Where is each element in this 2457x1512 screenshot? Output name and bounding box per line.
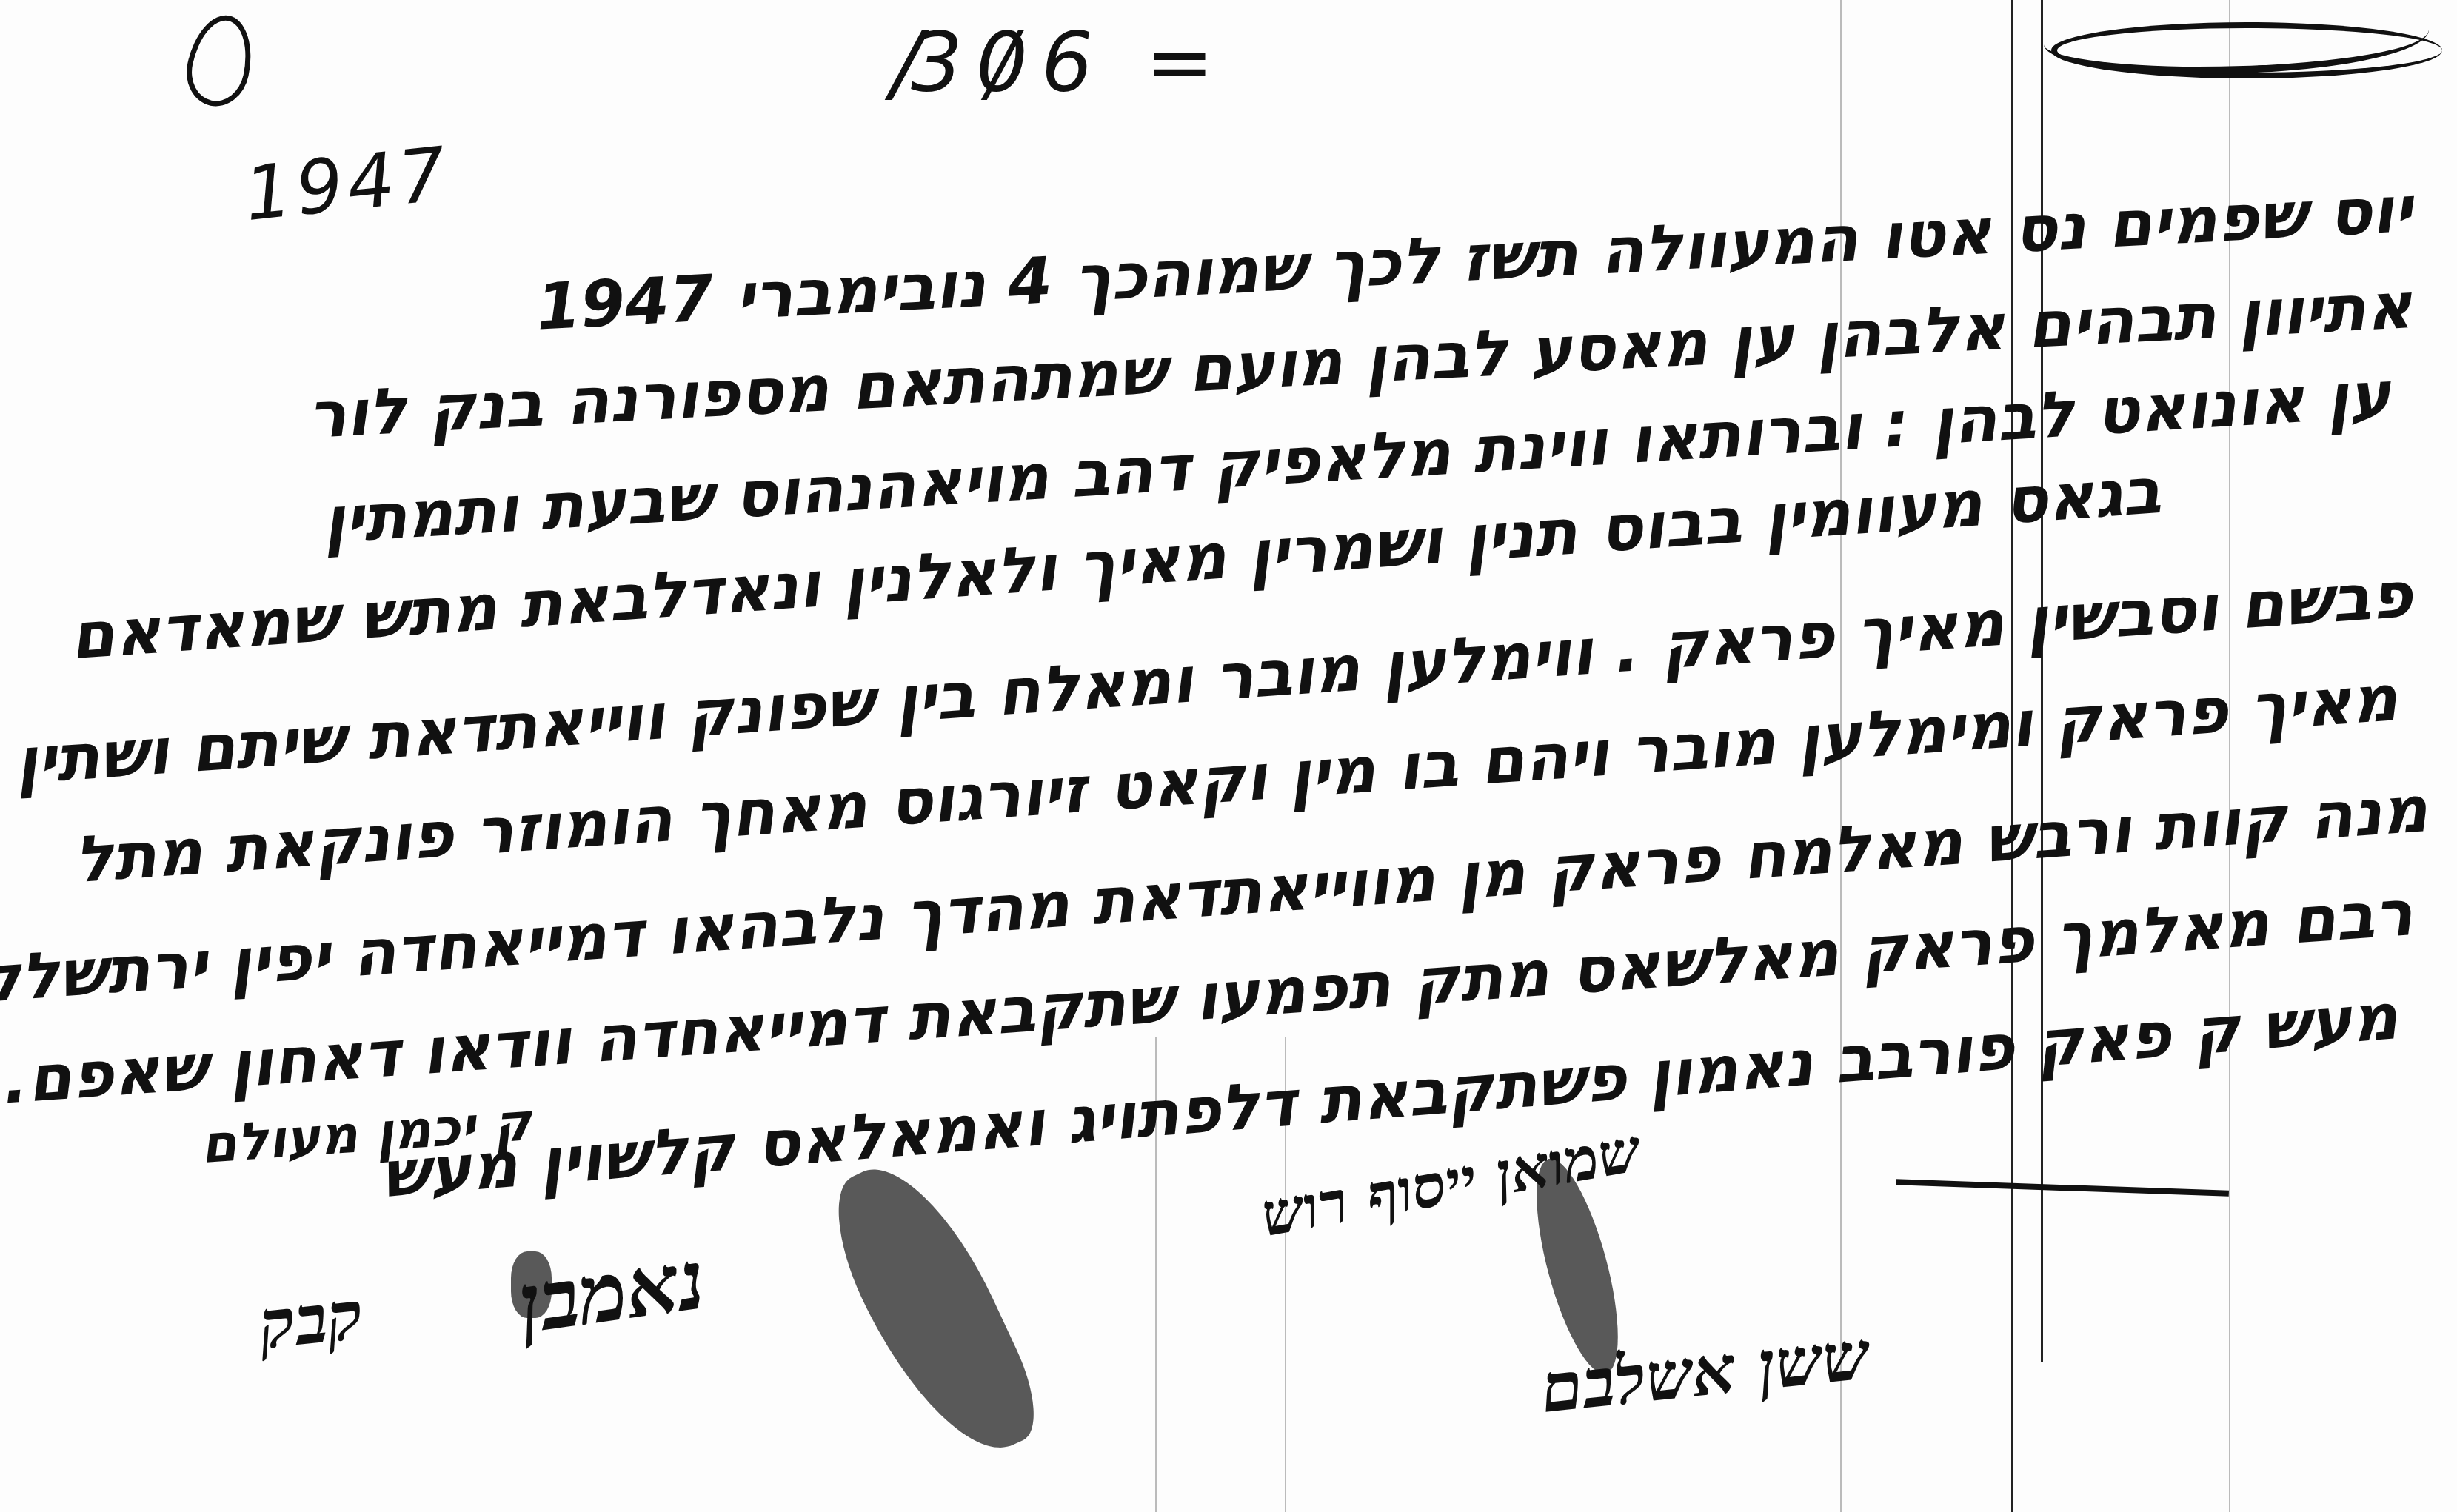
signature-underline (1896, 1179, 2229, 1197)
document-number: 306 = (911, 15, 1227, 110)
ink-smudge (814, 1145, 1053, 1476)
signature-2: נאמבן (512, 1231, 711, 1353)
corner-circle-mark (180, 10, 260, 113)
signature-1: קבק (255, 1276, 367, 1365)
date-year: 1947 (241, 130, 455, 238)
scanned-document-page: 306 = 1947 יוס שפמים נס אטו המעוולה תשז … (0, 0, 2457, 1512)
